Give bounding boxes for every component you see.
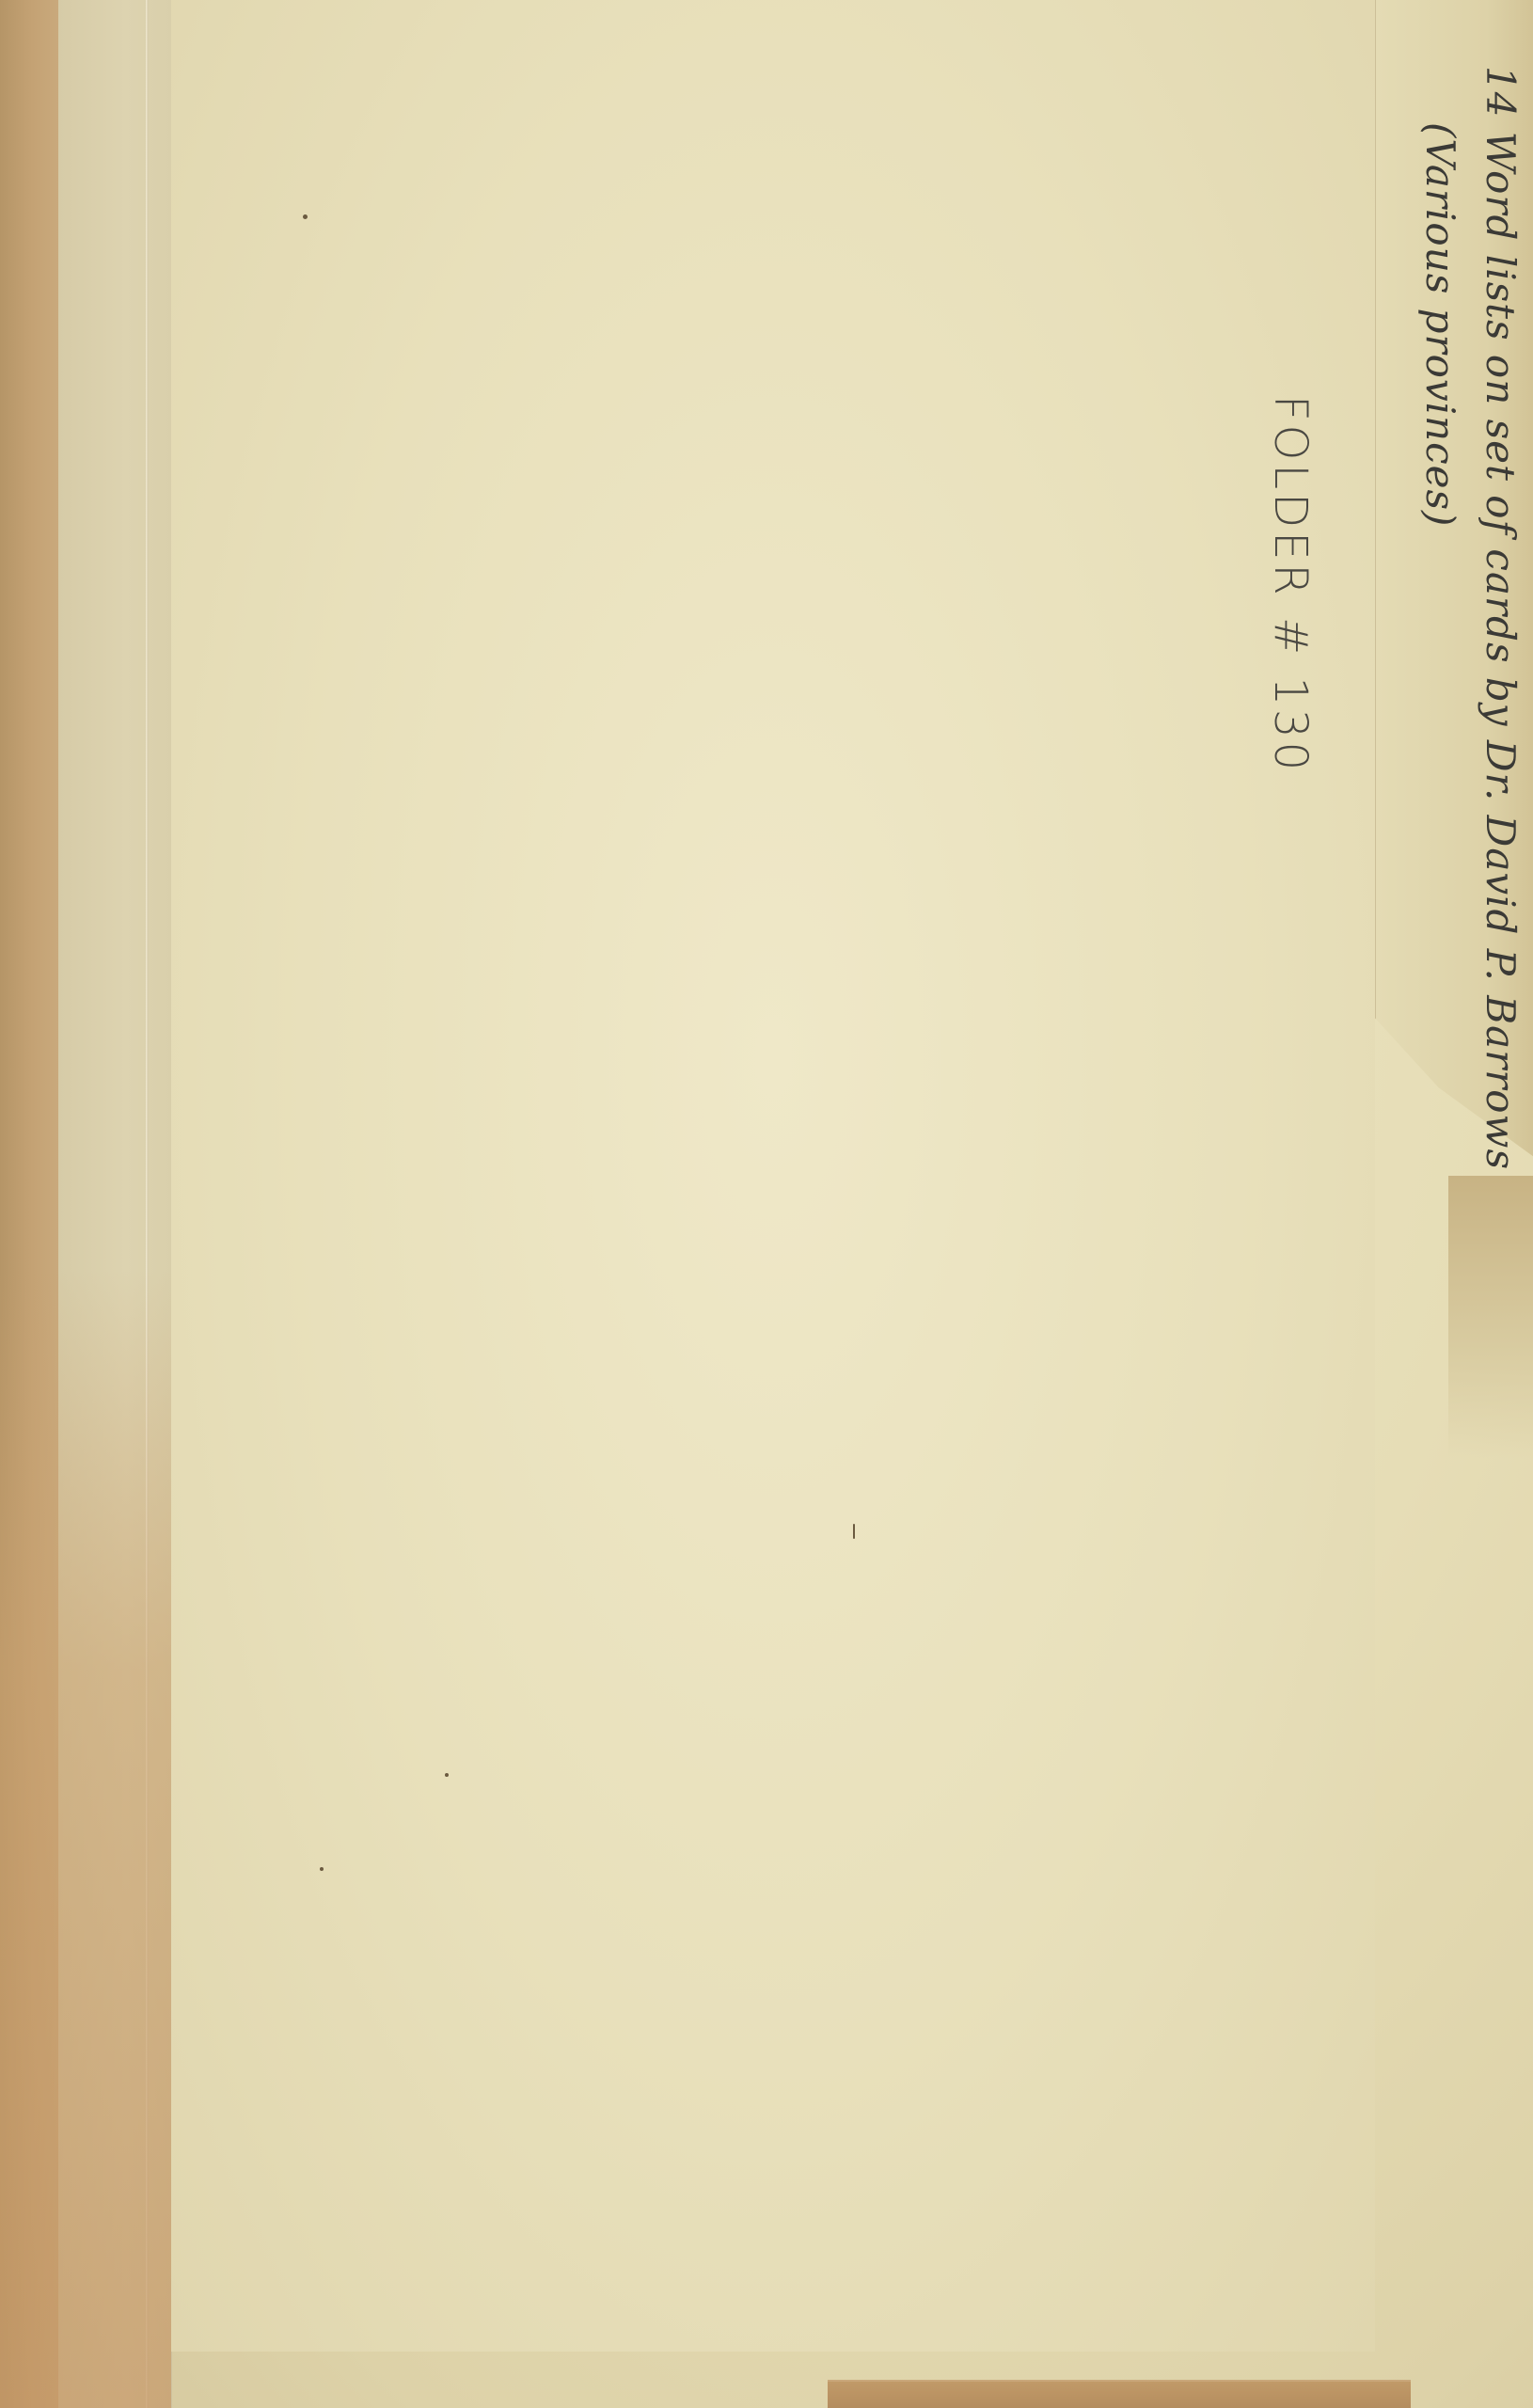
tab-note-line-1: 14 Word lists on set of cards by Dr. Dav… — [1478, 66, 1524, 1170]
folder-cover: 14 Word lists on set of cards by Dr. Dav… — [0, 0, 1533, 2408]
paper-speck — [303, 214, 308, 219]
folder-number-label: FOLDER # 130 — [1264, 395, 1317, 774]
water-stain — [0, 1270, 171, 2408]
tab-note-line-2: (Various provinces) — [1417, 122, 1463, 527]
paper-speck — [853, 1524, 855, 1539]
paper-speck — [445, 1773, 449, 1777]
paper-speck — [320, 1867, 324, 1871]
folder-front-panel — [171, 0, 1375, 2352]
torn-tab-corner — [1448, 1176, 1533, 1458]
bottom-edge-stain — [828, 2380, 1411, 2408]
